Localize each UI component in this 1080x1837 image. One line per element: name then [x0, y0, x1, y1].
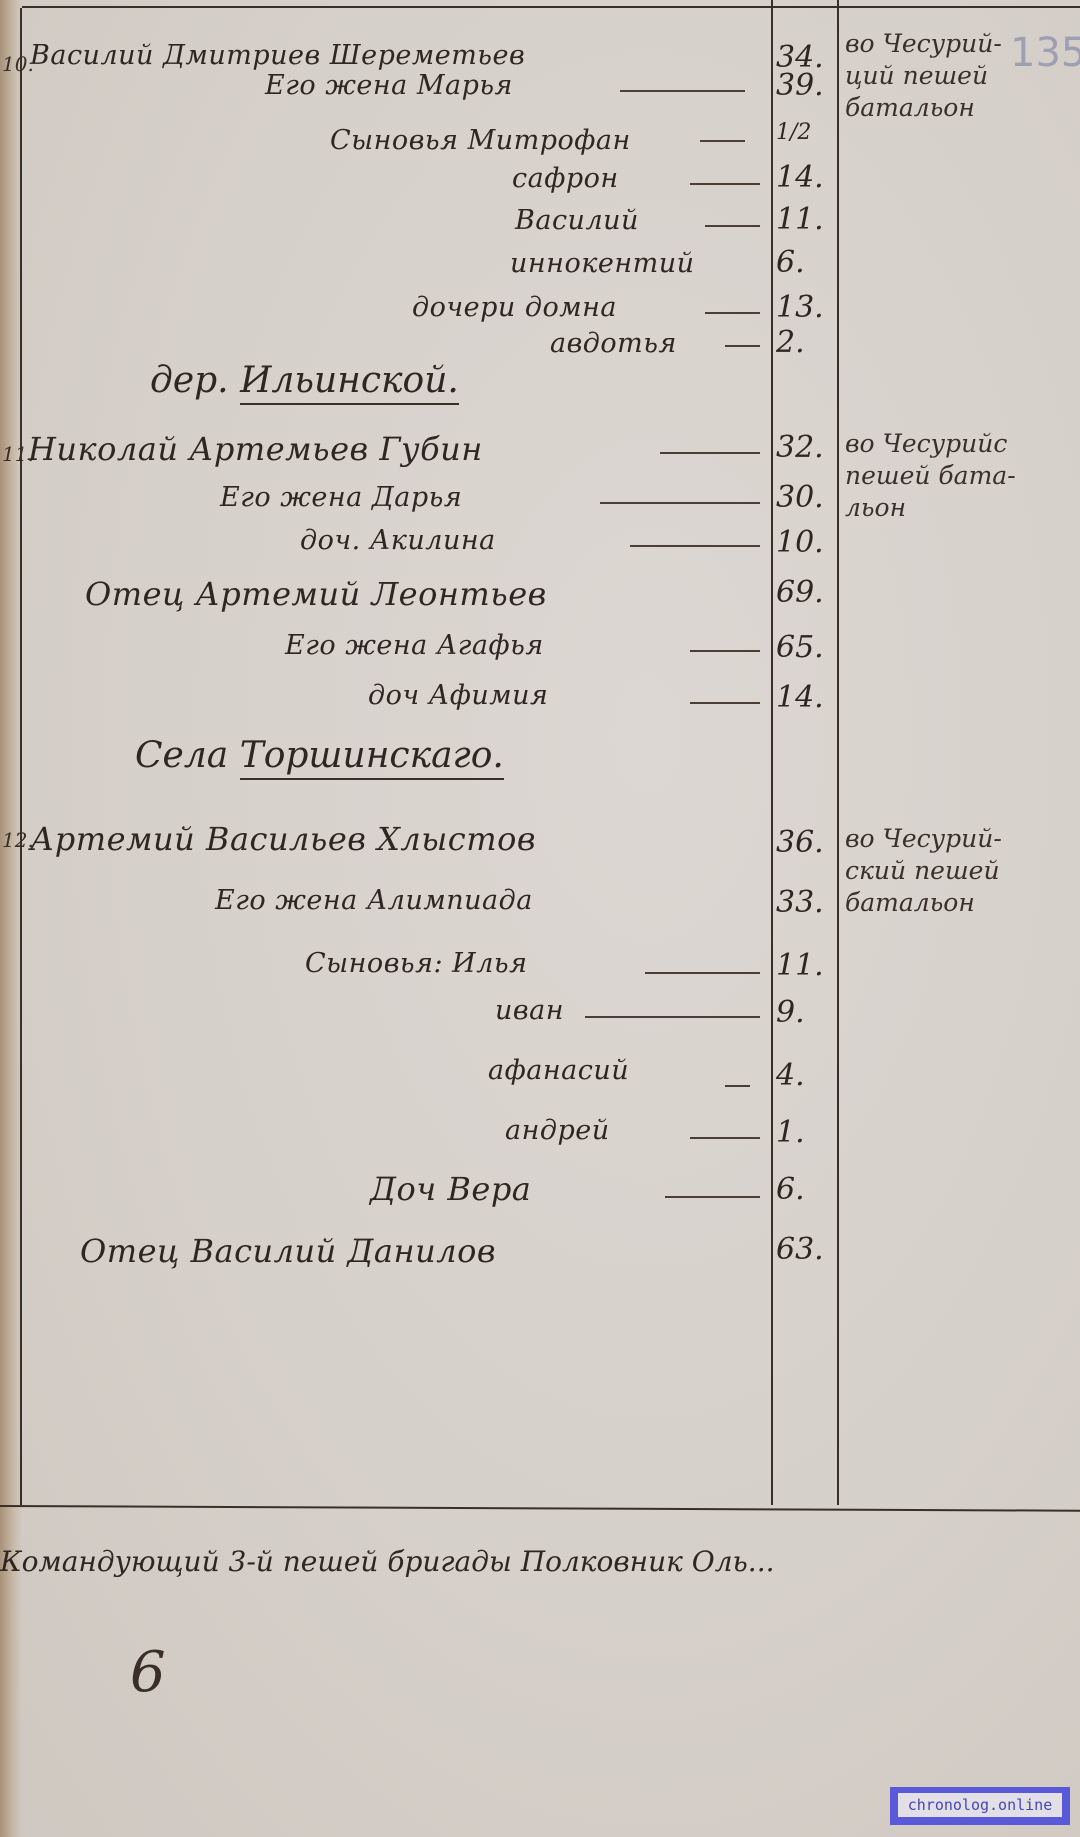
age: 32.: [776, 430, 834, 465]
fill-dash: [725, 1085, 750, 1087]
age: 65.: [776, 630, 834, 665]
age: 14.: [776, 680, 834, 715]
settlement-heading: дер. Ильинской.: [150, 360, 459, 401]
fill-dash: [700, 140, 745, 142]
fill-dash: [645, 972, 760, 974]
fill-dash: [665, 1196, 760, 1198]
member-name: андрей: [505, 1115, 610, 1146]
watermark-badge[interactable]: chronolog.online: [890, 1787, 1070, 1825]
age: 39.: [776, 68, 834, 103]
member-name: дочери домна: [412, 292, 617, 323]
settlement-heading: Села Торшинскаго.: [135, 735, 504, 776]
fill-dash: [690, 650, 760, 652]
household-head: Артемий Васильев Хлыстов: [30, 820, 536, 858]
settlement-prefix: Села: [135, 735, 228, 776]
age: 6.: [776, 1172, 834, 1207]
settlement-name: Торшинскаго.: [240, 735, 504, 780]
age: 30.: [776, 480, 834, 515]
age: 69.: [776, 575, 834, 610]
member-name: Его жена Марья: [265, 70, 513, 101]
member-name: Отец Василий Данилов: [80, 1232, 496, 1270]
remarks-column-divider: [837, 0, 839, 1505]
age: 36.: [776, 825, 834, 860]
age: 9.: [776, 995, 834, 1030]
settlement-name: Ильинской.: [240, 360, 459, 405]
fill-dash: [620, 90, 745, 92]
household-head: Василий Дмитриев Шереметьев: [30, 40, 525, 71]
fill-dash: [705, 225, 760, 227]
age: 13.: [776, 290, 834, 325]
fill-dash: [690, 702, 760, 704]
fill-dash: [660, 452, 760, 454]
commander-signature-line: Командующий 3-й пешей бригады Полковник …: [0, 1545, 775, 1578]
age: 11.: [776, 948, 834, 983]
age-column-divider: [771, 0, 773, 1505]
member-name: иван: [495, 995, 564, 1026]
document-page: 135 10. Василий Дмитриев Шереметьев 34. …: [0, 0, 1080, 1837]
member-name: афанасий: [488, 1055, 629, 1086]
age: 14.: [776, 160, 834, 195]
table-bottom-rule: [0, 1505, 1080, 1512]
member-name: сафрон: [512, 163, 619, 194]
age: 1/2: [776, 120, 834, 145]
table-top-rule: [22, 6, 1080, 8]
fill-dash: [600, 502, 760, 504]
age: 2.: [776, 325, 834, 360]
member-name: доч. Акилина: [300, 525, 496, 556]
watermark-text: chronolog.online: [898, 1793, 1062, 1817]
household-head: Николай Артемьев Губин: [28, 430, 483, 468]
member-name: иннокентий: [510, 248, 694, 279]
age: 4.: [776, 1058, 834, 1093]
fill-dash: [630, 545, 760, 547]
fill-dash: [690, 1137, 760, 1139]
age: 1.: [776, 1115, 834, 1150]
age: 11.: [776, 202, 834, 237]
member-name: Его жена Агафья: [285, 630, 544, 661]
member-name: доч Афимия: [368, 680, 548, 711]
fill-dash: [705, 312, 760, 314]
member-name: Его жена Дарья: [220, 482, 462, 513]
fill-dash: [585, 1016, 760, 1018]
member-name: Сыновья Митрофан: [330, 125, 631, 156]
age: 6.: [776, 245, 834, 280]
member-name: Его жена Алимпиада: [215, 885, 533, 916]
settlement-prefix: дер.: [150, 360, 229, 401]
member-name: Сыновья: Илья: [305, 948, 527, 979]
member-name: Доч Вера: [370, 1170, 531, 1208]
member-name: Отец Артемий Леонтьев: [85, 575, 547, 613]
member-name: Василий: [515, 205, 639, 236]
member-name: авдотья: [550, 328, 677, 359]
page-number: 6: [130, 1640, 166, 1705]
age: 33.: [776, 885, 834, 920]
table-left-rule: [20, 8, 22, 1505]
fill-dash: [725, 345, 760, 347]
age: 10.: [776, 525, 834, 560]
fill-dash: [690, 183, 760, 185]
remark: во Чесурий- ций пешей батальон: [845, 28, 1080, 124]
remark: во Чесурий- ский пешей батальон: [845, 823, 1080, 919]
remark: во Чесурийс пешей бата- льон: [845, 428, 1080, 524]
age: 63.: [776, 1232, 834, 1267]
